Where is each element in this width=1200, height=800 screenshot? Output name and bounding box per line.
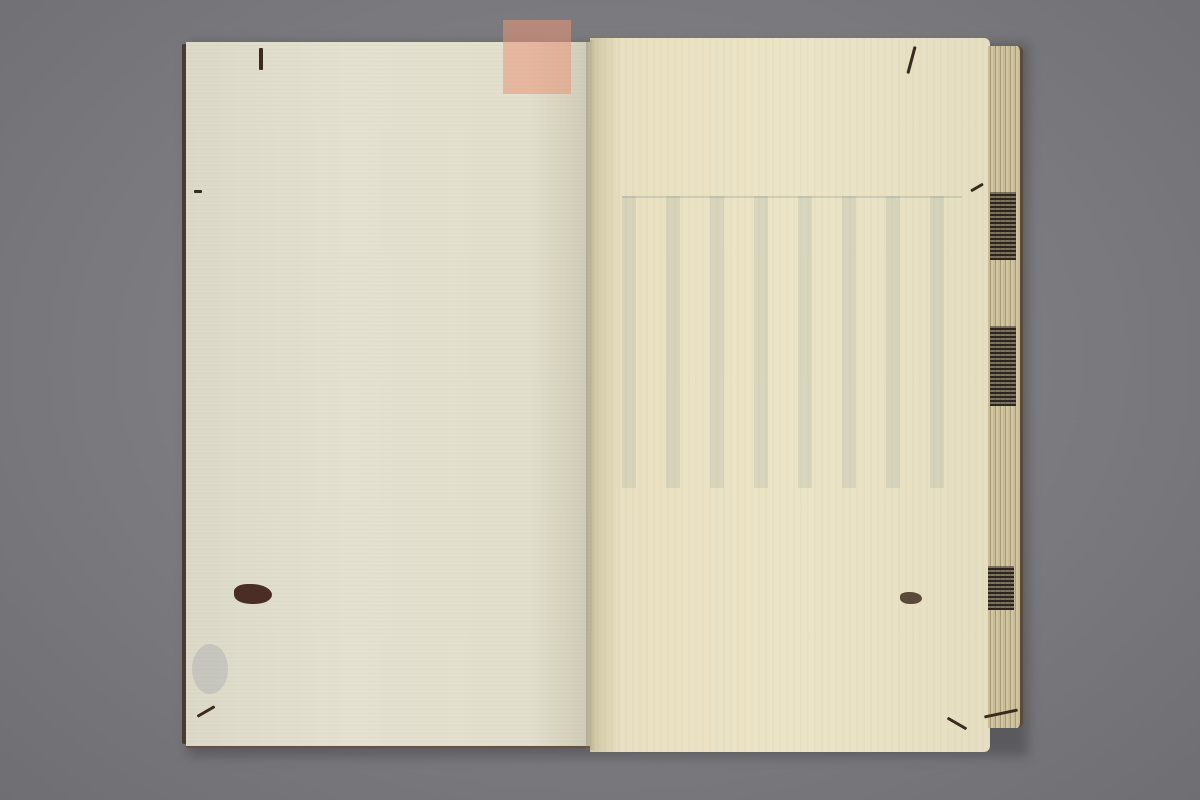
tear-mark bbox=[259, 48, 263, 70]
red-seal-mark bbox=[503, 20, 571, 94]
book-gutter bbox=[586, 40, 596, 750]
edge-ink-mark bbox=[990, 192, 1016, 260]
worm-hole bbox=[900, 592, 922, 604]
edge-ink-mark bbox=[988, 566, 1014, 610]
tear-mark bbox=[194, 190, 202, 193]
stain bbox=[192, 644, 228, 694]
bleed-through-text bbox=[622, 196, 962, 488]
worm-hole bbox=[234, 584, 272, 604]
left-page bbox=[186, 42, 590, 748]
edge-ink-mark bbox=[990, 326, 1016, 406]
